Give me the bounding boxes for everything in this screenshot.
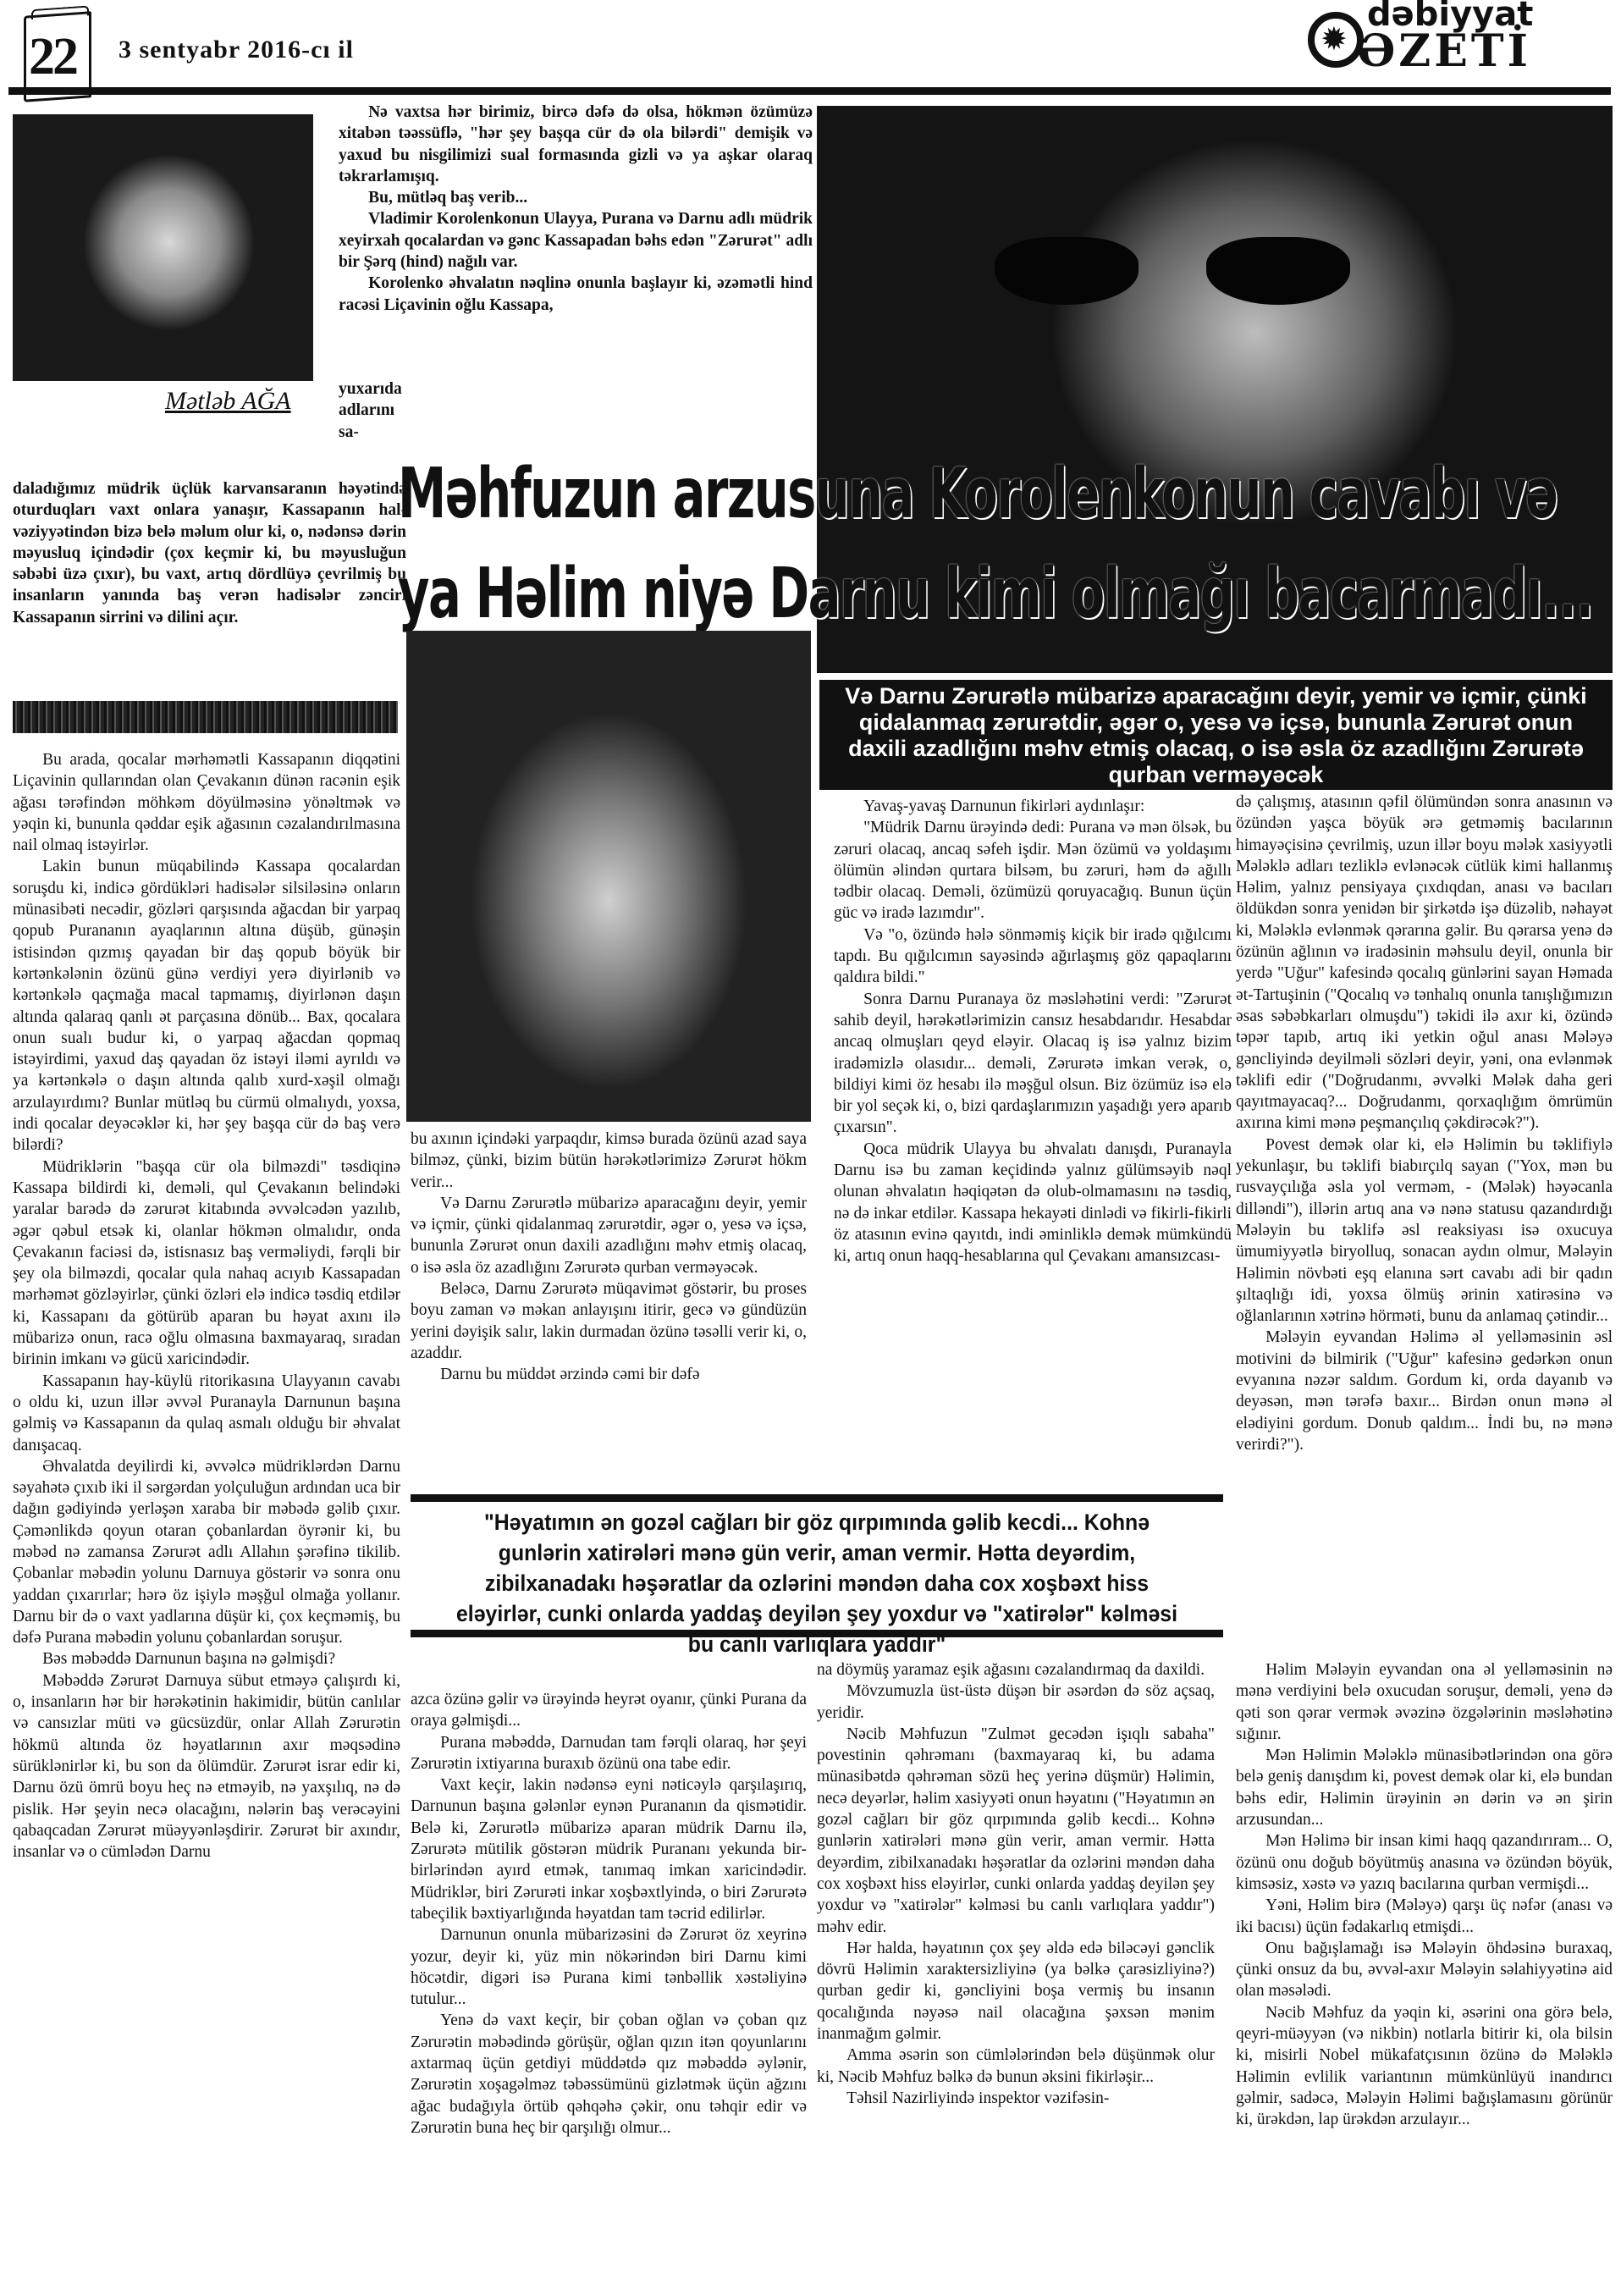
paragraph: Mövzumuzla üst-üstə düşən bir əsərdən də…: [817, 1681, 1215, 1724]
paragraph: na döymüş yaramaz eşik ağasını cəzalandı…: [817, 1659, 1215, 1681]
article-column-2: bu axının içindəki yarpaqdır, kimsə bura…: [411, 1129, 807, 1386]
paragraph: Sonra Darnu Puranaya öz məsləhətini verd…: [834, 989, 1232, 1139]
paragraph: Müdriklərin "başqa cür ola bilməzdi" təs…: [13, 1156, 400, 1371]
paragraph: Beləcə, Darnu Zərurətə müqavimət göstəri…: [411, 1278, 807, 1364]
pull-quote-rule-top: [411, 1494, 1223, 1502]
intro-paragraph: Korolenko əhvalatın nəqlinə onunla başla…: [339, 273, 813, 316]
paragraph: Əhvalatda deyilirdi ki, əvvəlcə müdriklə…: [13, 1456, 400, 1649]
sunglasses: [995, 237, 1350, 305]
intro-paragraph: Nə vaxtsa hər birimiz, bircə dəfə də ols…: [339, 102, 813, 187]
article-column-4: də çalışmış, atasının qəfil ölümündən so…: [1236, 792, 1613, 1455]
paragraph: Mən Həlimin Mələklə münasibətlərindən on…: [1236, 1745, 1613, 1830]
newspaper-logo: dəbiyyat ƏZETİ: [1308, 0, 1596, 76]
paragraph: Yəni, Həlim birə (Mələyə) qarşı üç nəfər…: [1236, 1895, 1613, 1938]
paragraph: bu axının içindəki yarpaqdır, kimsə bura…: [411, 1129, 807, 1193]
paragraph: Və Darnu Zərurətlə mübarizə aparacağını …: [411, 1193, 807, 1278]
intro-wrap-text: yuxarıda adlarını sa-: [339, 378, 406, 443]
article-column-1: Bu arada, qocalar mərhəmətli Kassapanın …: [13, 749, 400, 1863]
paragraph: Qoca müdrik Ulayya bu əhvalatı danışdı, …: [834, 1139, 1232, 1267]
paragraph: Bəs məbəddə Darnunun başına nə gəlmişdi?: [13, 1648, 400, 1670]
paragraph: Hər halda, həyatının çox şey əldə edə bi…: [817, 1938, 1215, 2045]
headline-line-2: ya Həlim niyə Darnu kimi olmağı bacarmad…: [398, 544, 1348, 644]
paragraph: Darnu bu müddət ərzində cəmi bir dəfə: [411, 1364, 807, 1385]
paragraph: Yenə də vaxt keçir, bir çoban oğlan və ç…: [411, 2010, 807, 2139]
intro-text-top: Nə vaxtsa hər birimiz, bircə dəfə də ols…: [339, 102, 813, 316]
article-column-2-lower: azca özünə gəlir və ürəyində heyrət oyan…: [411, 1689, 807, 2139]
paragraph: Lakin bunun müqabilində Kassapa qocalard…: [13, 856, 400, 1156]
byline: Mətləb AĞA: [165, 387, 291, 416]
intro-paragraph: Vladimir Korolenkonun Ulayya, Purana və …: [339, 208, 813, 273]
textured-divider: [13, 701, 398, 733]
paragraph: Vaxt keçir, lakin nədənsə eyni nəticəylə…: [411, 1774, 807, 1924]
author-portrait-photo: [13, 114, 313, 381]
intro-text-bottom: daladığımız müdrik üçlük karvansaranın h…: [13, 478, 406, 628]
paragraph: Darnunun onunla mübarizəsini də Zərurət …: [411, 1924, 807, 2010]
paragraph: Nəcib Məhfuzun "Zulmət gecədən işıqlı sa…: [817, 1724, 1215, 1938]
issue-date: 3 sentyabr 2016-cı il: [119, 36, 354, 64]
page-number: 22: [29, 30, 76, 83]
paragraph: Bu arada, qocalar mərhəmətli Kassapanın …: [13, 749, 400, 856]
logo-text-bottom: ƏZETİ: [1357, 25, 1531, 77]
paragraph: "Müdrik Darnu ürəyində dedi: Purana və m…: [834, 817, 1232, 924]
paragraph: Məbəddə Zərurət Darnuya sübut etməyə çal…: [13, 1670, 400, 1863]
article-column-4-lower: Həlim Mələyin eyvandan ona əl yelləməsin…: [1236, 1659, 1613, 2131]
paragraph: Kassapanın hay-küylü ritorikasına Ulayya…: [13, 1371, 400, 1456]
article-column-3: Yavaş-yavaş Darnunun fikirləri aydınlaşı…: [834, 796, 1232, 1267]
paragraph: Yavaş-yavaş Darnunun fikirləri aydınlaşı…: [834, 796, 1232, 817]
headline-line-1: Məhfuzun arzusuna Korolenkonun cavabı və: [398, 444, 1348, 544]
subheadline-box: Və Darnu Zərurətlə mübarizə aparacağını …: [819, 680, 1613, 790]
intro-paragraph: daladığımız müdrik üçlük karvansaranın h…: [13, 478, 406, 628]
header-rule: [8, 87, 1611, 95]
article-column-3-lower: na döymüş yaramaz eşik ağasını cəzalandı…: [817, 1659, 1215, 2109]
star-crescent-emblem-icon: [1308, 12, 1364, 68]
paragraph: Nəcib Məhfuz da yəqin ki, əsərini ona gö…: [1236, 2002, 1613, 2131]
page-number-badge: 22: [17, 5, 85, 90]
paragraph: Purana məbəddə, Darnudan tam fərqli olar…: [411, 1732, 807, 1775]
paragraph: Və "o, özündə hələ sönməmiş kiçik bir ir…: [834, 924, 1232, 989]
article-headline: Məhfuzun arzusuna Korolenkonun cavabı və…: [398, 444, 1348, 644]
paragraph: Amma əsərin son cümlələrindən belə düşün…: [817, 2045, 1215, 2088]
paragraph: Təhsil Nazirliyində inspektor vəzifəsin-: [817, 2088, 1215, 2109]
paragraph: azca özünə gəlir və ürəyində heyrət oyan…: [411, 1689, 807, 1732]
paragraph: Həlim Mələyin eyvandan ona əl yelləməsin…: [1236, 1659, 1613, 1745]
pull-quote-rule-bottom: [411, 1630, 1223, 1637]
korolenko-photo: [406, 631, 811, 1122]
paragraph: Mən Həlimə bir insan kimi haqq qazandırı…: [1236, 1830, 1613, 1895]
paragraph: də çalışmış, atasının qəfil ölümündən so…: [1236, 792, 1613, 1134]
paragraph: Mələyin eyvandan Həlimə əl yelləməsinin …: [1236, 1327, 1613, 1455]
paragraph: Povest demək olar ki, elə Həlimin bu tək…: [1236, 1134, 1613, 1327]
paragraph: Onu bağışlamağı isə Mələyin öhdəsinə bur…: [1236, 1938, 1613, 2002]
intro-paragraph: Bu, mütləq baş verib...: [339, 187, 813, 208]
